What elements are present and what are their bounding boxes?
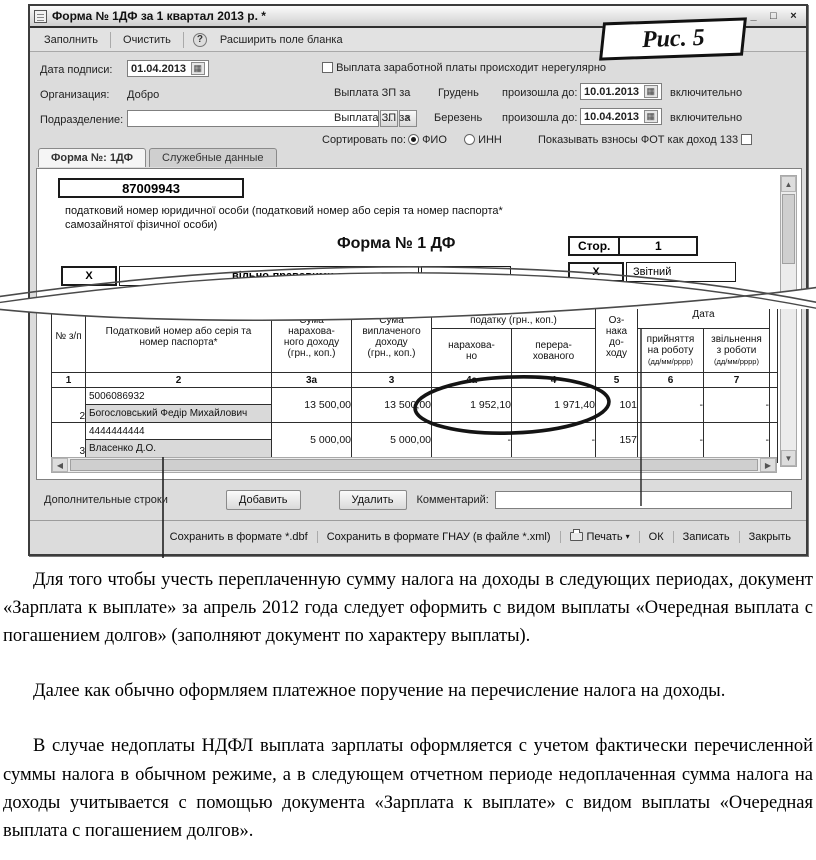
contract-text: вільно-правовими договорами: [119, 266, 419, 286]
accrued-value[interactable]: 5 000,00: [272, 423, 352, 458]
page-box: Стор. 1: [568, 236, 698, 256]
horizontal-scrollbar[interactable]: ◀ ▶: [51, 457, 777, 473]
comment-input[interactable]: [495, 491, 792, 509]
irregular-pay-row: Выплата заработной платы происходит нере…: [322, 62, 606, 74]
page-label: Стор.: [568, 236, 620, 256]
sort-inn-label: ИНН: [478, 134, 502, 146]
comment-label: Комментарий:: [417, 494, 489, 506]
income-code[interactable]: 157: [596, 423, 638, 458]
person-cell[interactable]: 5006086932 Богословський Федір Михайлови…: [86, 388, 272, 423]
fired-date[interactable]: -: [704, 423, 770, 458]
delete-row-button[interactable]: Удалить: [339, 490, 407, 510]
zp-row-2-suffix: включительно: [670, 112, 742, 124]
organization-value: Добро: [127, 89, 159, 101]
paid-value[interactable]: 5 000,00: [352, 423, 432, 458]
person-name[interactable]: Богословський Федір Михайлович: [86, 405, 271, 422]
contract-extra-box: [421, 266, 511, 286]
zp-row-1-date-input[interactable]: 10.01.2013 ▦: [580, 83, 662, 100]
fired-title: звільнення з роботи: [711, 334, 762, 356]
zp-row-2-date-value[interactable]: 10.04.2013: [584, 111, 644, 123]
zp-row-1-label: Выплата ЗП за: [334, 87, 410, 99]
code-3: 3: [352, 373, 432, 388]
accrued-value[interactable]: 13 500,00: [272, 388, 352, 423]
fired-note: (дд/мм/рррр): [714, 357, 759, 366]
tab-form-1df[interactable]: Форма №: 1ДФ: [38, 148, 146, 167]
scroll-down-icon[interactable]: ▼: [781, 450, 796, 466]
expand-blank-button[interactable]: Расширить поле бланка: [212, 31, 351, 49]
sign-date-input[interactable]: 01.04.2013 ▦: [127, 60, 209, 77]
col-header-hired: прийняття на роботу(дд/мм/рррр): [638, 329, 704, 373]
report-mark: X: [568, 262, 624, 282]
contract-mark-row: X вільно-правовими договорами: [61, 266, 511, 286]
fot-label: Показывать взносы ФОТ как доход 133: [538, 134, 738, 146]
bottom-command-bar: Сохранить в формате *.dbf Сохранить в фо…: [30, 520, 806, 552]
col-header-income-sign: Оз- нака до- ходу: [596, 301, 638, 373]
hscroll-thumb[interactable]: [70, 459, 758, 471]
contract-mark: X: [61, 266, 117, 286]
code-partial: [770, 373, 778, 388]
code-4: 4: [512, 373, 596, 388]
zp-row-1-until-label: произошла до:: [502, 87, 577, 99]
toolbar-separator: [183, 32, 184, 48]
person-cell[interactable]: 4444444444 Власенко Д.О.: [86, 423, 272, 458]
table-row[interactable]: 2 5006086932 Богословський Федір Михайло…: [52, 388, 778, 423]
code-1: 1: [52, 373, 86, 388]
tax-accrued-value[interactable]: 1 952,10: [432, 388, 512, 423]
hired-date[interactable]: -: [638, 388, 704, 423]
blank-panel: 87009943 податковий номер юридичної особ…: [36, 168, 802, 480]
save-dbf-button[interactable]: Сохранить в формате *.dbf: [161, 531, 317, 543]
radio-fio[interactable]: [408, 134, 419, 145]
zp-row-1-month[interactable]: Грудень: [438, 87, 479, 99]
tax-transferred-value[interactable]: -: [512, 423, 596, 458]
scroll-up-icon[interactable]: ▲: [781, 176, 796, 192]
person-taxid[interactable]: 5006086932: [86, 388, 271, 405]
hired-note: (дд/мм/рррр): [648, 357, 693, 366]
radio-inn[interactable]: [464, 134, 475, 145]
dropdown-arrow-icon: ▾: [626, 532, 630, 541]
code-4a: 4а: [432, 373, 512, 388]
zp-row-1-date-value[interactable]: 10.01.2013: [584, 86, 644, 98]
tax-accrued-value[interactable]: -: [432, 423, 512, 458]
irregular-pay-checkbox[interactable]: [322, 62, 333, 73]
hired-title: прийняття на роботу: [647, 334, 695, 356]
report-type: Звітний: [626, 262, 736, 282]
blank-form-title: Форма № 1 ДФ: [337, 235, 455, 253]
code-6: 6: [638, 373, 704, 388]
col-header-paid: Сума виплаченого доходу (грн., коп.): [352, 301, 432, 373]
figure-label: Рис. 5: [641, 24, 705, 53]
code-row: 1 2 3а 3 4а 4 5 6 7: [52, 373, 778, 388]
organization-label: Организация:: [40, 89, 109, 101]
income-code[interactable]: 101: [596, 388, 638, 423]
paragraph-3: В случае недоплаты НДФЛ выплата зарплаты…: [3, 732, 813, 844]
app-window: Форма № 1ДФ за 1 квартал 2013 р. * _ □ ×…: [28, 4, 808, 556]
maximize-button[interactable]: □: [765, 9, 782, 24]
irregular-pay-label: Выплата заработной платы происходит нере…: [336, 62, 606, 74]
extra-rows-panel: Дополнительные строки Добавить Удалить К…: [30, 482, 806, 518]
zp-row-2-label: Выплата ЗП за: [334, 112, 410, 124]
row-num: 3: [52, 423, 86, 458]
zp-row-2-date-input[interactable]: 10.04.2013 ▦: [580, 108, 662, 125]
report-type-row: X Звітний: [568, 262, 736, 282]
help-icon[interactable]: ?: [193, 33, 207, 47]
minimize-button[interactable]: _: [745, 9, 762, 24]
col-header-taxid: Податковий номер або серія та номер пасп…: [86, 301, 272, 373]
code-3a: 3а: [272, 373, 352, 388]
fot-checkbox[interactable]: [741, 134, 752, 145]
fot-row: Показывать взносы ФОТ как доход 133: [538, 134, 752, 146]
col-header-withheld-group: Сума утриманого податку (грн., коп.): [432, 301, 596, 329]
calendar-icon[interactable]: ▦: [644, 110, 658, 123]
income-table: № з/п Податковий номер або серія та номе…: [51, 300, 778, 463]
sort-option-fio[interactable]: ФИО: [408, 134, 447, 146]
toolbar-separator: [110, 32, 111, 48]
document-text: Для того чтобы учесть переплаченную сумм…: [3, 566, 813, 845]
sort-fio-label: ФИО: [422, 134, 447, 146]
fired-date[interactable]: -: [704, 388, 770, 423]
tab-strip: Форма №: 1ДФ Служебные данные: [38, 148, 277, 167]
hired-date[interactable]: -: [638, 423, 704, 458]
department-label: Подразделение:: [40, 114, 123, 126]
code-2: 2: [86, 373, 272, 388]
write-button[interactable]: Записать: [673, 531, 739, 543]
paid-value[interactable]: 13 500,00: [352, 388, 432, 423]
col-header-withheld-accrued: нарахова- но: [432, 329, 512, 373]
extra-rows-label: Дополнительные строки: [44, 494, 168, 506]
person-taxid[interactable]: 4444444444: [86, 423, 271, 440]
sign-date-value[interactable]: 01.04.2013: [131, 63, 191, 75]
clear-button[interactable]: Очистить: [115, 31, 179, 49]
zp-row-1-suffix: включительно: [670, 87, 742, 99]
sign-date-label: Дата подписи:: [40, 64, 112, 76]
page-value: 1: [620, 236, 698, 256]
scroll-right-icon[interactable]: ▶: [760, 458, 776, 472]
col-header-date-group: Дата: [638, 301, 770, 329]
col-header-withheld-transferred: перера- хованого: [512, 329, 596, 373]
printer-icon: [570, 532, 583, 541]
col-header-fired: звільнення з роботи(дд/мм/рррр): [704, 329, 770, 373]
paragraph-2: Далее как обычно оформляем платежное пор…: [3, 677, 813, 705]
print-button[interactable]: Печать ▾: [560, 531, 639, 543]
sort-label: Сортировать по:: [322, 134, 406, 146]
tax-number-caption: податковий номер юридичної особи (податк…: [65, 204, 503, 232]
vertical-scrollbar[interactable]: ▲ ▼: [780, 175, 797, 467]
vscroll-thumb[interactable]: [782, 194, 795, 264]
person-name[interactable]: Власенко Д.О.: [86, 440, 271, 457]
figure-callout: Рис. 5: [599, 17, 747, 60]
ok-button[interactable]: ОК: [639, 531, 673, 543]
col-header-partial: [770, 301, 778, 373]
save-gnau-button[interactable]: Сохранить в формате ГНАУ (в файле *.xml): [317, 531, 560, 543]
calendar-icon[interactable]: ▦: [644, 85, 658, 98]
tab-service-data[interactable]: Служебные данные: [149, 148, 277, 167]
form-header-fields: Дата подписи: 01.04.2013 ▦ Организация: …: [30, 52, 806, 148]
print-label: Печать: [587, 531, 623, 543]
add-row-button[interactable]: Добавить: [226, 490, 301, 510]
col-header-accrued: Сума нарахова- ного доходу (грн., коп.): [272, 301, 352, 373]
paragraph-1: Для того чтобы учесть переплаченную сумм…: [3, 566, 813, 650]
partial-cell: [770, 388, 778, 423]
partial-cell: [770, 423, 778, 458]
tax-transferred-value[interactable]: 1 971,40: [512, 388, 596, 423]
close-window-button[interactable]: Закрыть: [739, 531, 800, 543]
col-header-num: № з/п: [52, 301, 86, 373]
calendar-icon[interactable]: ▦: [191, 62, 205, 75]
scroll-left-icon[interactable]: ◀: [52, 458, 68, 472]
table-row[interactable]: 3 4444444444 Власенко Д.О. 5 000,00 5 00…: [52, 423, 778, 458]
sort-option-inn[interactable]: ИНН: [464, 134, 502, 146]
tax-number-box: 87009943: [58, 178, 244, 198]
zp-row-2-month[interactable]: Березень: [434, 112, 482, 124]
code-7: 7: [704, 373, 770, 388]
row-num: 2: [52, 388, 86, 423]
close-button[interactable]: ×: [785, 9, 802, 24]
fill-button[interactable]: Заполнить: [36, 31, 106, 49]
zp-row-2-until-label: произошла до:: [502, 112, 577, 124]
document-icon: [34, 10, 47, 23]
code-5: 5: [596, 373, 638, 388]
